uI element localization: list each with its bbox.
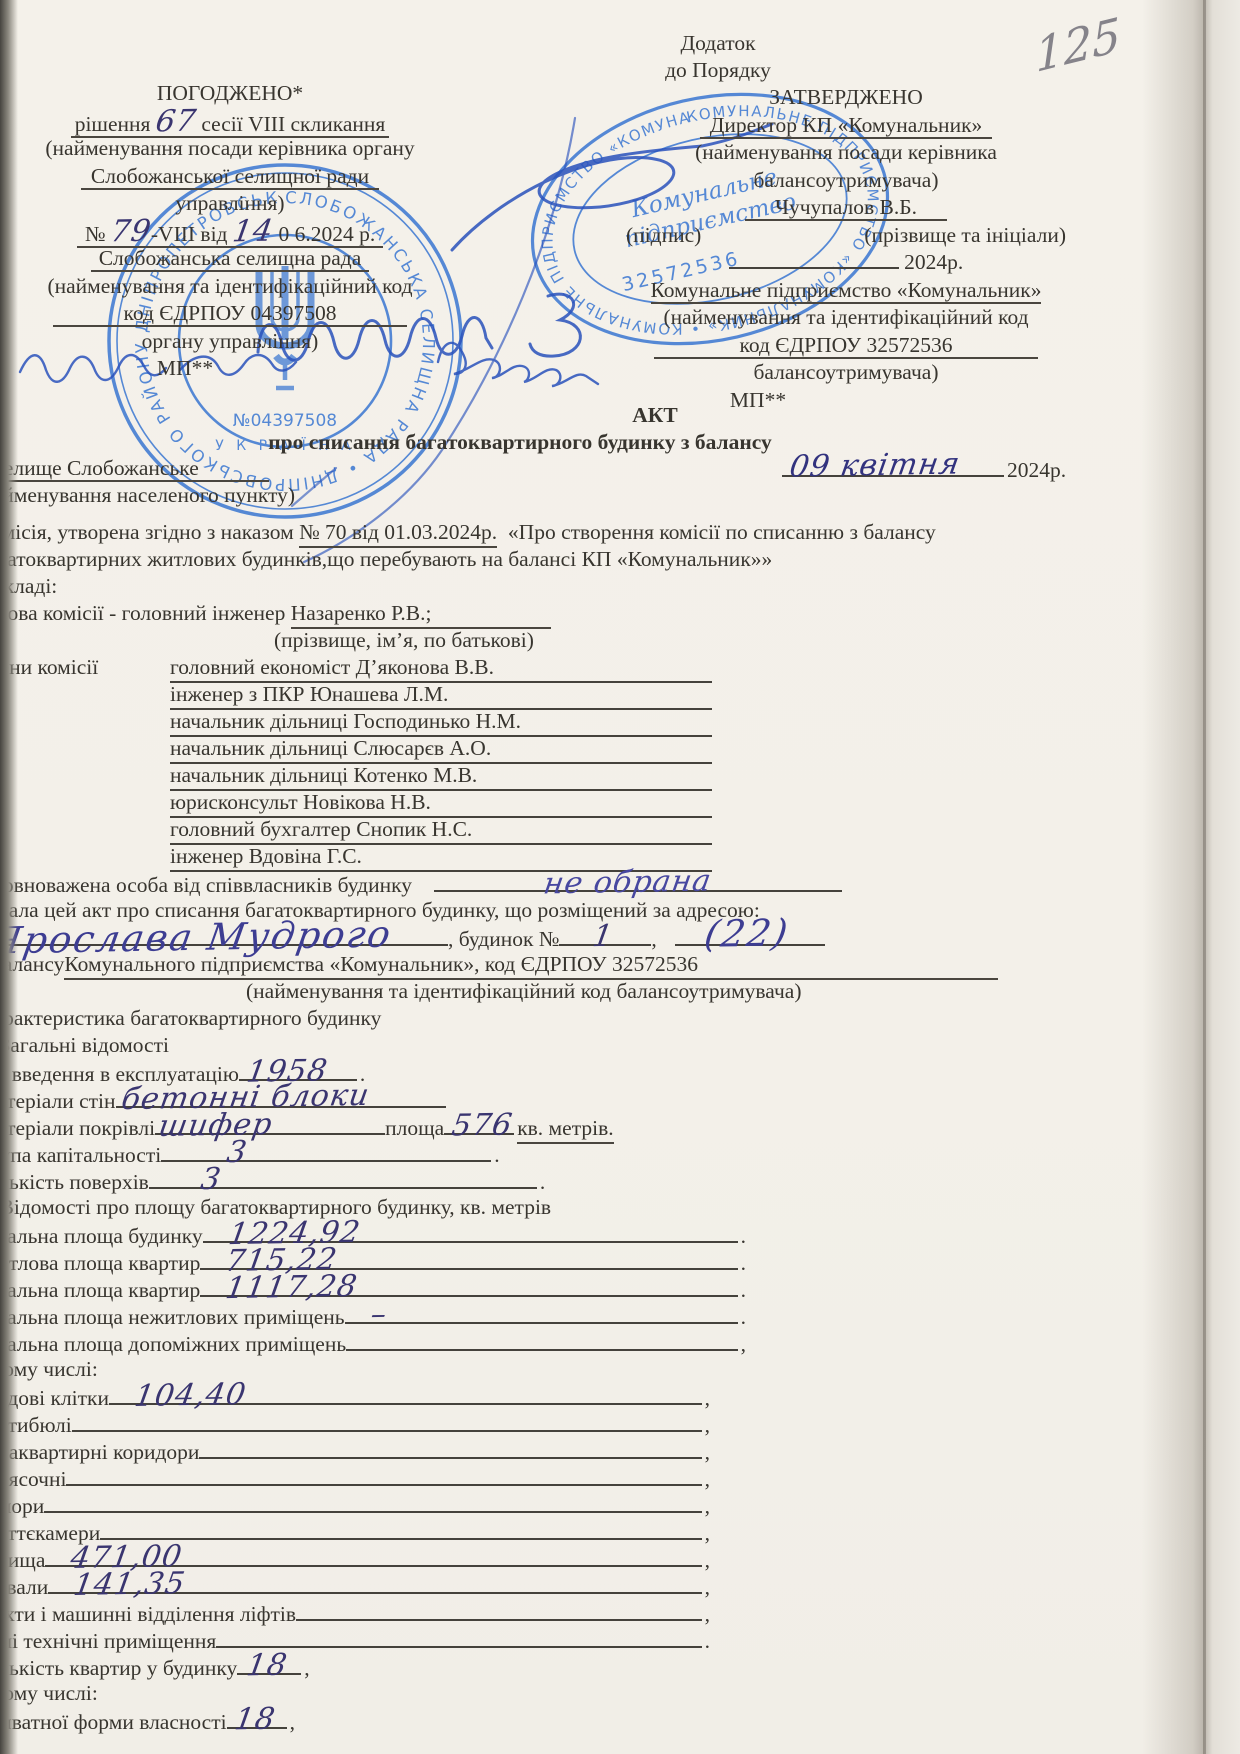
capital-group-handwritten: 3 [226, 1143, 249, 1163]
sub-area-tail: , [705, 1547, 710, 1574]
commission-para-pre: Комісія, утворена згідно з наказом [0, 519, 294, 546]
annex-note: Додаток до Порядку [628, 30, 808, 84]
confirmed-caption-head1: (найменування посади керівника [612, 139, 1080, 167]
house-extra-handwritten: (22) [703, 923, 790, 944]
area-row-tail: . [741, 1304, 746, 1331]
approved-block: ПОГОДЖЕНО* рішення 67 сесії VIII скликан… [10, 80, 450, 383]
house-label: , будинок № [448, 926, 559, 953]
decision-session-handwritten: 67 [154, 107, 199, 135]
page-number-handwritten: 125 [1034, 7, 1121, 83]
area-row: Загальна площа квартир 1117,28 . [0, 1275, 1186, 1302]
confirmed-block: ЗАТВЕРДЖЕНО Директор КП «Комунальник» (н… [612, 84, 1080, 414]
apartments-tail: , [304, 1655, 309, 1682]
roof-area-handwritten: 576 [451, 1115, 515, 1136]
members-list: головний економіст Д’яконова В.В.інженер… [0, 654, 1186, 870]
area-row-label: Загальна площа нежитлових приміщень [0, 1304, 345, 1331]
decision-day-handwritten: 14 [231, 217, 276, 245]
roof-label: Матеріали покрівлі [0, 1115, 155, 1142]
authorized-value-handwritten: не обрана [542, 872, 713, 895]
capital-group-tail: . [494, 1142, 499, 1169]
section1-title: 1. Загальні відомості [0, 1032, 169, 1059]
sub-area-tail: , [705, 1466, 710, 1493]
decision-number-handwritten: 79 [108, 217, 153, 245]
sub-area-row: колясочні , [0, 1464, 1186, 1491]
settlement-caption: (найменування населеного пункту) [0, 482, 295, 509]
commission-member: юрисконсульт Новікова Н.В. [170, 789, 712, 818]
sub-area-row: вестибюлі , [0, 1410, 1186, 1437]
round-stamp-number: №04397508 [233, 411, 337, 431]
approved-caption-admin: управління) [10, 190, 450, 218]
sub-area-row: підвали 141,35 , [0, 1572, 1186, 1599]
area-row-tail: . [741, 1223, 746, 1250]
head-label: голова комісії - головний інженер [0, 600, 285, 627]
sub-area-label: інші технічні приміщення [0, 1628, 216, 1655]
area-row-label: Загальна площа допоміжних приміщень [0, 1331, 346, 1358]
scanned-document-page: { "page_number": "125", "annex": { "line… [0, 0, 1240, 1754]
area-row-label: Житлова площа квартир [0, 1250, 200, 1277]
sub-area-row: позаквартирні коридори , [0, 1437, 1186, 1464]
sub-area-label: шахти і машинні відділення ліфтів [0, 1601, 296, 1628]
confirmed-caption-holder: балансоутримувача) [612, 359, 1080, 387]
page-fold-crease [1203, 0, 1206, 1754]
head-name: Назаренко Р.В.; [291, 600, 552, 629]
private-ownership-handwritten: 18 [233, 1710, 276, 1731]
area-row: Загальна площа допоміжних приміщень , [0, 1329, 1186, 1356]
caption-initials: (прізвище та ініціали) [864, 222, 1066, 250]
area-row-tail: . [741, 1250, 746, 1277]
area-row-tail: , [741, 1331, 746, 1358]
director-line: Директор КП «Комунальник» [700, 113, 993, 139]
floors-label: Кількість поверхів [0, 1169, 149, 1196]
private-ownership-label: приватної форми власності [0, 1709, 227, 1736]
head-caption: (прізвище, ім’я, по батькові) [274, 627, 534, 654]
sub-area-row: інші технічні приміщення . [0, 1626, 1186, 1653]
floors-tail: . [540, 1169, 545, 1196]
approved-edrpou: код ЄДРПОУ 04397508 [53, 301, 406, 327]
sub-area-rows: сходові клітки 104,40 , вестибюлі , поза… [0, 1383, 1186, 1653]
area-row: Житлова площа квартир 715,22 . [0, 1248, 1186, 1275]
area-row-value-handwritten: 1117,28 [224, 1277, 359, 1299]
area-row-label: Загальна площа квартир [0, 1277, 200, 1304]
sub-area-value-handwritten: 104,40 [133, 1385, 247, 1407]
sub-area-tail: . [705, 1628, 710, 1655]
balance-caption: (найменування та ідентифікаційний код ба… [246, 978, 802, 1005]
sub-area-label: позаквартирні коридори [0, 1439, 199, 1466]
company-name: Комунальне підприємство «Комунальник» [651, 278, 1042, 304]
characteristics-title: Характеристика багатоквартирного будинку [0, 1005, 381, 1032]
roof-units: кв. метрів. [517, 1115, 613, 1144]
director-name: Чучупалов В.Б. [745, 195, 947, 221]
confirmed-edrpou: код ЄДРПОУ 32572536 [654, 333, 1037, 359]
annex-line1: Додаток [628, 30, 808, 57]
council-genitive: Слобожанської селищної ради [81, 164, 379, 190]
page-fold-shadow [1142, 0, 1240, 1754]
commission-member: начальник дільниці Слюсарєв А.О. [170, 735, 712, 764]
commission-para-post1: «Про створення комісії по списанню з бал… [508, 519, 936, 546]
approved-title: ПОГОДЖЕНО* [10, 80, 450, 108]
number-mid: -VIII від [151, 222, 228, 246]
approved-caption-org: органу управління) [10, 328, 450, 356]
sub-area-row: комори , [0, 1491, 1186, 1518]
act-title: АКТ [575, 402, 735, 429]
area-row-tail: . [741, 1277, 746, 1304]
sub-area-tail: , [705, 1439, 710, 1466]
order-reference: № 70 від 01.03.2024р. [299, 519, 497, 548]
commission-member: головний економіст Д’яконова В.В. [170, 654, 712, 683]
sub-area-row: шахти і машинні відділення ліфтів , [0, 1599, 1186, 1626]
sub-area-tail: , [705, 1601, 710, 1628]
house-separator: , [651, 926, 656, 953]
sub-area-tail: , [705, 1574, 710, 1601]
confirmed-title: ЗАТВЕРДЖЕНО [612, 84, 1080, 112]
commission-member: начальник дільниці Котенко М.В. [170, 762, 712, 791]
private-ownership-tail: , [290, 1709, 295, 1736]
approved-caption-head: (найменування посади керівника органу [10, 135, 450, 163]
sub-area-value-handwritten: 141,35 [73, 1574, 187, 1596]
area-row-value-handwritten: 1224,92 [227, 1223, 362, 1245]
confirmed-caption-head2: балансоутримувача) [612, 167, 1080, 195]
decision-post: сесії VIII скликання [201, 112, 385, 136]
area-row: Загальна площа нежитлових приміщень – . [0, 1302, 1186, 1329]
confirmed-caption-id: (найменування та ідентифікаційний код [612, 304, 1080, 332]
house-number-handwritten: 1 [592, 927, 615, 947]
area-row-label: Загальна площа будинку [0, 1223, 203, 1250]
apartments-label: Кількість квартир у будинку [0, 1655, 237, 1682]
act-date-handwritten: 09 квітня [788, 455, 961, 478]
sub-area-row: сходові клітки 104,40 , [0, 1383, 1186, 1410]
area-row-value-handwritten: – [369, 1305, 388, 1325]
sub-area-tail: , [705, 1412, 710, 1439]
number-tail: 0 6.2024 р. [278, 222, 375, 246]
apartments-count-handwritten: 18 [246, 1656, 289, 1677]
roof-handwritten: шифер [157, 1115, 274, 1137]
authorized-label: Уповноважена особа від співвласників буд… [0, 872, 412, 899]
commission-member: головний бухгалтер Снопик Н.С. [170, 816, 712, 845]
area-row: Загальна площа будинку 1224,92 . [0, 1221, 1186, 1248]
settlement-name: селище Слобожанське [0, 456, 269, 482]
sub-area-tail: , [705, 1493, 710, 1520]
sub-area-tail: , [705, 1385, 710, 1412]
book-spine-shadow [0, 0, 18, 1754]
confirmed-year: 2024р. [904, 250, 963, 274]
decision-pre: рішення [75, 112, 151, 136]
commission-member: начальник дільниці Господинько Н.М. [170, 708, 712, 737]
act-date-line: 09 квітня 2024р. [782, 455, 1066, 484]
roof-area-label: площа [385, 1115, 444, 1142]
approved-caption-id: (найменування та ідентифікаційний код [10, 273, 450, 301]
commission-member: інженер з ПКР Юнашева Л.М. [170, 681, 712, 710]
council-name: Слобожанська селищна рада [91, 246, 370, 272]
number-prefix: № [85, 222, 106, 246]
settlement-line: селище Слобожанське [0, 455, 269, 482]
approved-mp: МП** [0, 355, 405, 383]
street-handwritten: Ярослава Мудрого [0, 925, 393, 952]
walls-handwritten: бетонні блоки [120, 1086, 371, 1110]
commission-para-post2: багатоквартирних житлових будинків,що пе… [0, 546, 772, 573]
sub-area-tail: , [705, 1520, 710, 1547]
annex-line2: до Порядку [628, 57, 808, 84]
act-date-year: 2024р. [1007, 457, 1066, 484]
capital-group-label: Група капітальності [0, 1142, 161, 1169]
area-rows: Загальна площа будинку 1224,92 . Житлова… [0, 1221, 1186, 1356]
floors-handwritten: 3 [199, 1170, 222, 1190]
caption-signature: (підпис) [626, 222, 701, 250]
document-body: Комісія, утворена згідно з наказом № 70 … [0, 519, 1186, 1734]
